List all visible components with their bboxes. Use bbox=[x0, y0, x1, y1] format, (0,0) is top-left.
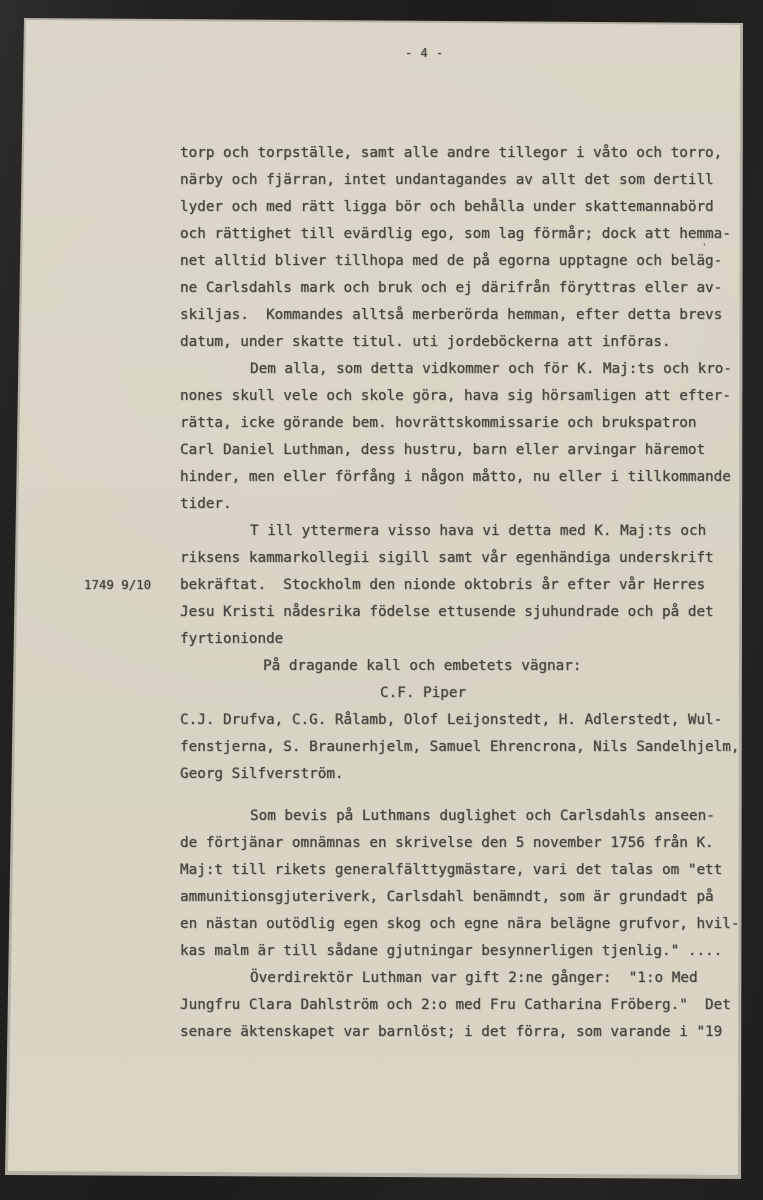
text-line: de förtjänar omnämnas en skrivelse den 5… bbox=[180, 830, 736, 857]
text-line: ne Carlsdahls mark och bruk och ej därif… bbox=[180, 275, 736, 302]
text-line: och rättighet till evärdlig ego, som lag… bbox=[180, 221, 736, 248]
text-line: Överdirektör Luthman var gift 2:ne gånge… bbox=[180, 965, 736, 992]
text-line: fenstjerna, S. Braunerhjelm, Samuel Ehre… bbox=[180, 734, 736, 761]
page-number: - 4 - bbox=[405, 46, 444, 60]
text-line: T ill yttermera visso hava vi detta med … bbox=[180, 518, 736, 545]
text-line: en nästan outödlig egen skog och egne nä… bbox=[180, 911, 736, 938]
text-line: torp och torpställe, samt alle andre til… bbox=[180, 140, 736, 167]
text-line: fyrtionionde bbox=[180, 626, 736, 653]
text-line: riksens kammarkollegii sigill samt vår e… bbox=[180, 545, 736, 572]
typewritten-text-block: torp och torpställe, samt alle andre til… bbox=[180, 140, 736, 1046]
text-line: skiljas. Kommandes alltså merberörda hem… bbox=[180, 302, 736, 329]
text-line: net alltid bliver tillhopa med de på ego… bbox=[180, 248, 736, 275]
text-line: Jesu Kristi nådesrika födelse ettusende … bbox=[180, 599, 736, 626]
text-line: C.F. Piper bbox=[180, 680, 736, 707]
text-line: På dragande kall och embetets vägnar: bbox=[180, 653, 736, 680]
text-line: kas malm är till sådane gjutningar besyn… bbox=[180, 938, 736, 965]
text-line: Georg Silfverström. bbox=[180, 761, 736, 788]
text-line: lyder och med rätt ligga bör och behålla… bbox=[180, 194, 736, 221]
text-line: Carl Daniel Luthman, dess hustru, barn e… bbox=[180, 437, 736, 464]
text-line: datum, under skatte titul. uti jordeböck… bbox=[180, 329, 736, 356]
text-line: tider. bbox=[180, 491, 736, 518]
text-line: bekräftat. Stockholm den nionde oktobris… bbox=[180, 572, 736, 599]
margin-date-annotation: 1749 9/10 bbox=[84, 577, 151, 592]
text-line: senare äktenskapet var barnlöst; i det f… bbox=[180, 1019, 736, 1046]
text-line: Jungfru Clara Dahlström och 2:o med Fru … bbox=[180, 992, 736, 1019]
text-line: Maj:t till rikets generalfälttygmästare,… bbox=[180, 857, 736, 884]
text-line: hinder, men eller förfång i någon måtto,… bbox=[180, 464, 736, 491]
text-line: rätta, icke görande bem. hovrättskommiss… bbox=[180, 410, 736, 437]
photo-backdrop: - 4 - 1749 9/10 ' torp och torpställe, s… bbox=[0, 0, 763, 1200]
text-line: ammunitionsgjuteriverk, Carlsdahl benämn… bbox=[180, 884, 736, 911]
text-line: Dem alla, som detta vidkommer och för K.… bbox=[180, 356, 736, 383]
text-line: nones skull vele och skole göra, hava si… bbox=[180, 383, 736, 410]
text-line: närby och fjärran, intet undantagandes a… bbox=[180, 167, 736, 194]
text-line: Som bevis på Luthmans duglighet och Carl… bbox=[180, 803, 736, 830]
text-line: C.J. Drufva, C.G. Rålamb, Olof Leijonste… bbox=[180, 707, 736, 734]
